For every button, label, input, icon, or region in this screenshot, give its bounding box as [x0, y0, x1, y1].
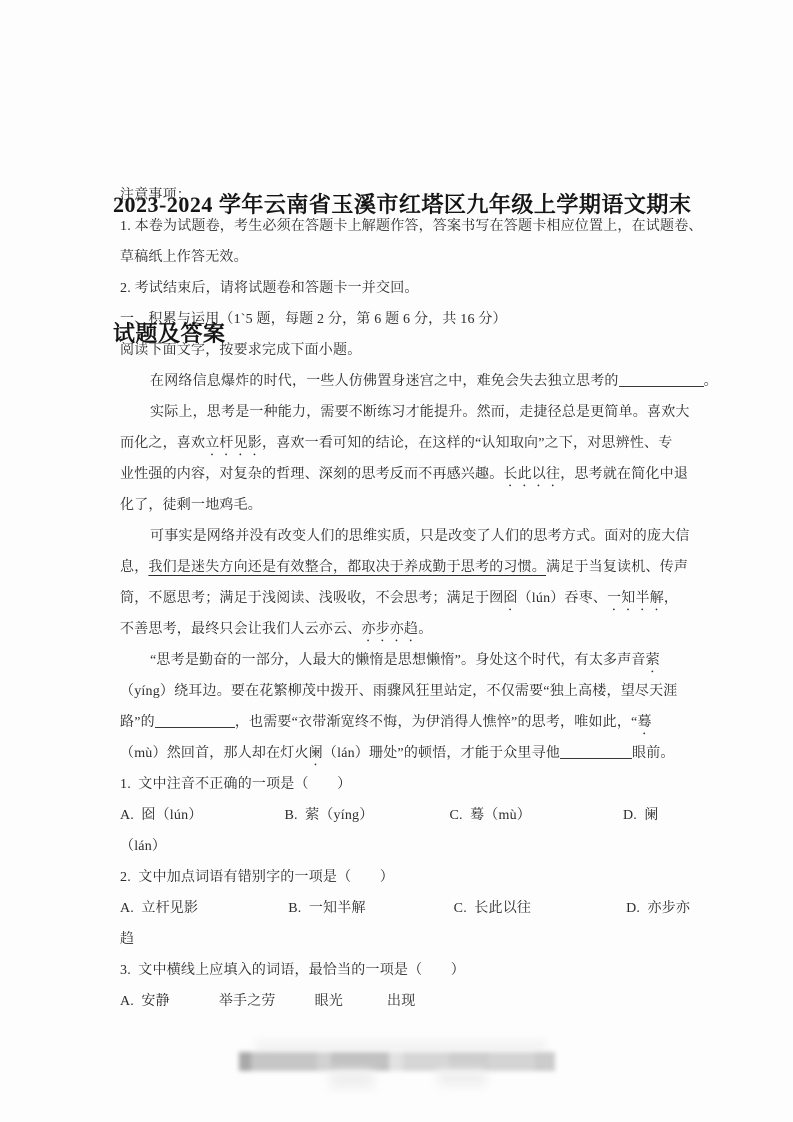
text-run: 不善思考，最终只会让我们人云亦云、 [120, 622, 361, 637]
emphasized-text: 阑 [309, 746, 323, 761]
spacer [170, 1004, 219, 1005]
emphasized-text: 立杆见影 [205, 436, 262, 451]
spacer [531, 818, 623, 819]
passage-line-8: 筒，不愿思考；满足于浅阅读、浅吸收，不会思考；满足于囫囵（lún）吞枣、一知半解… [120, 583, 680, 614]
text-run: 注意事项： [120, 188, 191, 203]
emphasized-text: 囵 [503, 591, 517, 606]
spacer [276, 1004, 315, 1005]
text-run: A. 安静 [120, 994, 170, 1009]
passage-line-5: 化了，徒剩一地鸡毛。 [120, 490, 680, 521]
text-run: 草稿纸上作答无效。 [120, 250, 248, 265]
question-2-stem: 2. 文中加点词语有错别字的一项是（ ） [120, 862, 680, 893]
question-3-stem: 3. 文中横线上应填入的词语，最恰当的一项是（ ） [120, 955, 680, 986]
question-1-stem: 1. 文中注音不正确的一项是（ ） [120, 769, 680, 800]
blurred-watermark-halo [256, 1040, 546, 1052]
text-run: （lán）珊处”的顿悟，才能于众里寻他 [323, 746, 560, 761]
text-run: （lún）吞枣、 [518, 591, 608, 606]
text-run: ，也需要“衣带渐宽终不悔，为伊消得人憔悴”的思考，唯如此，“ [235, 715, 638, 730]
spacer [373, 818, 449, 819]
text-run: 息， [120, 560, 148, 575]
text-run: 阅读下面文字，按要求完成下面小题。 [120, 343, 361, 358]
text-run: ，思考就在简化中退 [560, 467, 688, 482]
text-run: 实际上，思考是一种能力，需要不断练习才能提升。然而，走捷径总是更简单。喜欢大 [150, 405, 690, 420]
fill-in-blank-underline [155, 712, 235, 728]
emphasized-text: 亦步亦趋 [361, 622, 418, 637]
text-run: C. 蓦（mù） [449, 808, 531, 823]
passage-line-7: 息，我们是迷失方向还是有效整合，都取决于养成勤于思考的习惯。满足于当复读机、传声 [120, 552, 680, 583]
fill-in-blank-underline [560, 743, 632, 759]
text-run: 。 [418, 622, 432, 637]
question-1-options: A. 囵（lún）B. 萦（yíng）C. 蓦（mù）D. 阑 [120, 800, 680, 831]
text-run: 趋 [120, 932, 134, 947]
notice-item-1-line-2: 草稿纸上作答无效。 [120, 242, 680, 273]
text-run: （lán） [120, 839, 166, 854]
passage-line-4: 业性强的内容，对复杂的哲理、深刻的思考反而不再感兴趣。长此以往，思考就在简化中退 [120, 459, 680, 490]
reading-instruction: 阅读下面文字，按要求完成下面小题。 [120, 335, 680, 366]
text-run: B. 一知半解 [288, 901, 365, 916]
underlined-text: 我们是迷失方向还是有效整合，都取决于养成勤于思考的习惯。 [148, 560, 546, 575]
emphasized-text: 萦 [646, 653, 660, 668]
text-run: 眼光 [315, 994, 343, 1009]
text-run: 路”的 [120, 715, 155, 730]
passage-line-10: “思考是勤奋的一部分，人最大的懒惰是思想懒惰”。身处这个时代，有太多声音萦 [120, 645, 680, 676]
emphasized-text: 长此以往 [503, 467, 560, 482]
text-run: （mù）然回首，那人却在灯火 [120, 746, 309, 761]
passage-line-1: 在网络信息爆炸的时代，一些人仿佛置身迷宫之中，难免会失去独立思考的。 [120, 366, 680, 397]
text-run: 筒，不愿思考；满足于浅阅读、浅吸收，不会思考；满足于囫 [120, 591, 503, 606]
passage-line-2: 实际上，思考是一种能力，需要不断练习才能提升。然而，走捷径总是更简单。喜欢大 [120, 397, 680, 428]
text-run: A. 囵（lún） [120, 808, 203, 823]
notice-item-1-line-1: 1. 本卷为试题卷，考生必须在答题卡上解题作答，答案书写在答题卡相应位置上，在试… [120, 211, 680, 242]
text-run: 。 [704, 374, 718, 389]
text-run: 3. 文中横线上应填入的词语，最恰当的一项是（ ） [120, 963, 465, 978]
passage-line-9: 不善思考，最终只会让我们人云亦云、亦步亦趋。 [120, 614, 680, 645]
blurred-watermark-ghost [438, 1070, 486, 1086]
text-run: A. 立杆见影 [120, 901, 198, 916]
spacer [203, 818, 285, 819]
text-run: 而化之，喜欢 [120, 436, 205, 451]
question-3-options: A. 安静举手之劳眼光出现 [120, 986, 680, 1017]
notice-item-2: 2. 考试结束后，请将试题卷和答题卡一并交回。 [120, 273, 680, 304]
text-run: 1. 文中注音不正确的一项是（ ） [120, 777, 351, 792]
text-run: B. 萦（yíng） [285, 808, 374, 823]
notice-heading: 注意事项： [120, 180, 680, 211]
text-run: C. 长此以往 [454, 901, 531, 916]
text-run: 一、积累与运用（1`5 题，每题 2 分，第 6 题 6 分，共 16 分） [120, 312, 507, 327]
text-run: 在网络信息爆炸的时代，一些人仿佛置身迷宫之中，难免会失去独立思考的 [150, 374, 619, 389]
document-body: 注意事项：1. 本卷为试题卷，考生必须在答题卡上解题作答，答案书写在答题卡相应位… [120, 180, 680, 1017]
text-run: “思考是勤奋的一部分，人最大的懒惰是思想懒惰”。身处这个时代，有太多声音 [150, 653, 646, 668]
text-run: 2. 考试结束后，请将试题卷和答题卡一并交回。 [120, 281, 419, 296]
emphasized-text: 蓦 [637, 715, 651, 730]
passage-line-13: （mù）然回首，那人却在灯火阑（lán）珊处”的顿悟，才能于众里寻他眼前。 [120, 738, 680, 769]
spacer [198, 911, 288, 912]
blurred-watermark-ghost [330, 1070, 374, 1088]
passage-line-6: 可事实是网络并没有改变人们的思维实质，只是改变了人们的思考方式。面对的庞大信 [120, 521, 680, 552]
passage-line-12: 路”的，也需要“衣带渐宽终不悔，为伊消得人憔悴”的思考，唯如此，“蓦 [120, 707, 680, 738]
text-run: 满足于当复读机、传声 [546, 560, 688, 575]
text-run: 眼前。 [632, 746, 675, 761]
text-run: D. 亦步亦 [626, 901, 690, 916]
question-2-option-d-overflow: 趋 [120, 924, 680, 955]
fill-in-blank-underline [619, 371, 704, 387]
text-run: 业性强的内容，对复杂的哲理、深刻的思考反而不再感兴趣。 [120, 467, 503, 482]
passage-line-3: 而化之，喜欢立杆见影，喜欢一看可知的结论，在这样的“认知取向”之下，对思辨性、专 [120, 428, 680, 459]
text-run: 出现 [387, 994, 415, 1009]
text-run: 化了，徒剩一地鸡毛。 [120, 498, 262, 513]
text-run: 可事实是网络并没有改变人们的思维实质，只是改变了人们的思考方式。面对的庞大信 [150, 529, 690, 544]
exam-document-page: 2023-2024 学年云南省玉溪市红塔区九年级上学期语文期末 试题及答案 注意… [0, 0, 793, 1122]
text-run: （yíng）绕耳边。要在花繁柳茂中拨开、雨骤风狂里站定，不仅需要“独上高楼，望尽… [120, 684, 678, 699]
question-2-options: A. 立杆见影B. 一知半解C. 长此以往D. 亦步亦 [120, 893, 680, 924]
text-run: ， [664, 591, 678, 606]
text-run: 2. 文中加点词语有错别字的一项是（ ） [120, 870, 394, 885]
text-run: 举手之劳 [219, 994, 276, 1009]
question-1-option-d-overflow: （lán） [120, 831, 680, 862]
emphasized-text: 一知半解 [607, 591, 664, 606]
passage-line-11: （yíng）绕耳边。要在花繁柳茂中拨开、雨骤风狂里站定，不仅需要“独上高楼，望尽… [120, 676, 680, 707]
spacer [366, 911, 454, 912]
blurred-watermark [239, 1052, 555, 1071]
spacer [343, 1004, 387, 1005]
section-1-heading: 一、积累与运用（1`5 题，每题 2 分，第 6 题 6 分，共 16 分） [120, 304, 680, 335]
text-run: D. 阑 [623, 808, 659, 823]
text-run: ，喜欢一看可知的结论，在这样的“认知取向”之下，对思辨性、专 [262, 436, 672, 451]
spacer [531, 911, 626, 912]
text-run: 1. 本卷为试题卷，考生必须在答题卡上解题作答，答案书写在答题卡相应位置上，在试… [120, 219, 703, 234]
